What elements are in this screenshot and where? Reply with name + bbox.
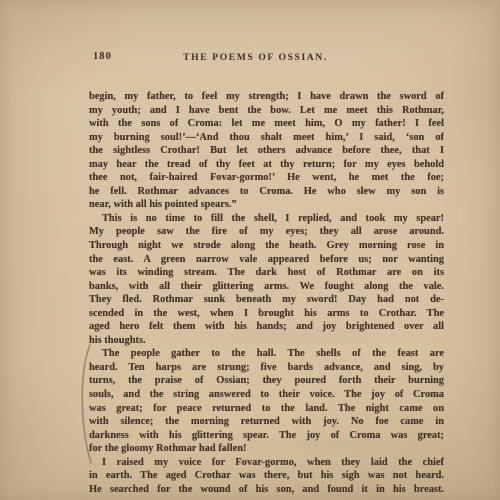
text-line: for the gloomy Rothmar had fallen! — [89, 442, 444, 456]
text-line: my youth; and I have bent the bow. Let m… — [89, 104, 444, 118]
hand-drawn-line-icon — [82, 345, 91, 463]
text-line: scended in the west, when I brought his … — [89, 307, 444, 321]
text-line: near, with all his pointed spears.” — [89, 198, 444, 212]
text-line: They fled. Rothmar sunk beneath my sword… — [89, 293, 444, 307]
margin-annotation — [74, 342, 96, 466]
text-line: was great; for peace returned to the lan… — [89, 402, 444, 416]
text-line: in earth. The aged Crothar was there, bu… — [89, 469, 444, 483]
text-line: He searched for the wound of his son, an… — [89, 483, 444, 497]
text-line: banks, with all their glittering arms. W… — [89, 280, 444, 294]
text-line: with the sons of Croma: let me meet him,… — [89, 117, 444, 131]
text-line: may hear the tread of thy feet at thy re… — [89, 158, 444, 172]
text-line: This is no time to fill the shell, I rep… — [89, 212, 444, 226]
page-body: begin, my father, to feel my strength; I… — [89, 90, 444, 496]
page-header: 180 THE POEMS OF OSSIAN. — [89, 51, 444, 65]
scanned-page: 180 THE POEMS OF OSSIAN. begin, my fathe… — [0, 0, 500, 500]
text-line: was its winding stream. The dark host of… — [89, 266, 444, 280]
text-line: the east. A green narrow vale appeared b… — [89, 253, 444, 267]
text-line: his thoughts. — [89, 334, 444, 348]
text-line: my burning soul!’—‘And thou shalt meet h… — [89, 131, 444, 145]
text-line: he fell. Rothmar advances to Croma. He w… — [89, 185, 444, 199]
text-line: the sightless Crothar! But let others ad… — [89, 144, 444, 158]
text-line: The people gather to the hall. The shell… — [89, 347, 444, 361]
text-line: darkness with his glittering spear. The … — [89, 429, 444, 443]
running-title: THE POEMS OF OSSIAN. — [89, 52, 422, 63]
text-line: Through night we strode along the heath.… — [89, 239, 444, 253]
text-line: thee not, fair-haired Fovar-gormo!’ He w… — [89, 171, 444, 185]
text-line: souls, and the string answered to their … — [89, 388, 444, 402]
text-line: My people saw the fire of my eyes; they … — [89, 225, 444, 239]
text-line: begin, my father, to feel my strength; I… — [89, 90, 444, 104]
text-line: aged hero felt them with his hands; and … — [89, 320, 444, 334]
text-line: with silence; the morning returned with … — [89, 415, 444, 429]
text-line: heard. Ten harps are strung; five bards … — [89, 361, 444, 375]
text-line: I raised my voice for Fovar-gormo, when … — [89, 456, 444, 470]
text-line: turns, the praise of Ossian; they poured… — [89, 374, 444, 388]
